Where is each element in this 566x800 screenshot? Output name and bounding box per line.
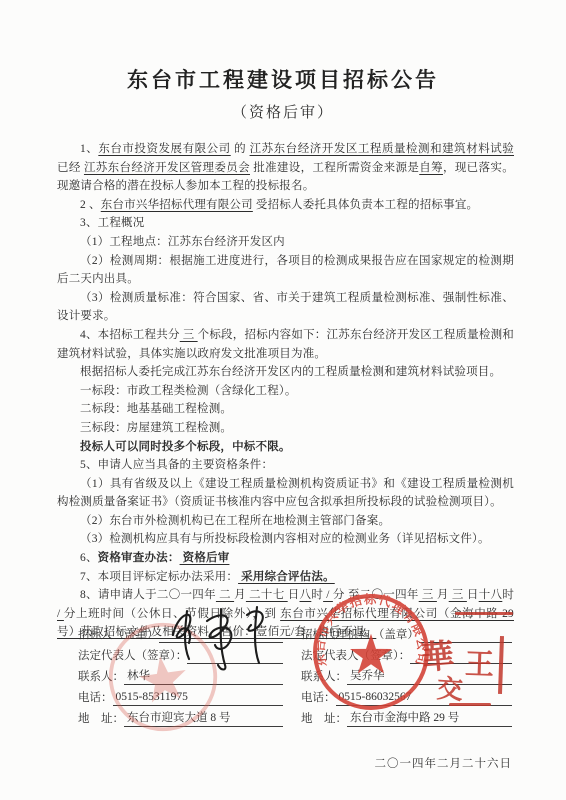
text-segment: 日: [288, 589, 300, 601]
text-segment: （3）检测质量标准：符合国家、省、市关于建筑工程质量检测标准、强制性标准、设计要…: [57, 292, 514, 323]
scanned-tender-announcement-page: 东台市工程建设项目招标公告 （资格后审） 1、东台市投资发展有限公司 的 江苏东…: [0, 0, 566, 800]
paragraph: 6、资格审查办法： 资格后审: [57, 549, 514, 568]
signature-row: 电话：0515-86032567: [301, 690, 512, 706]
text-segment: 分 至二〇一四年: [333, 589, 419, 601]
signature-row-label: 地 址：: [301, 712, 347, 727]
filled-blank: 八: [300, 589, 312, 601]
signature-row: 法定代表人（签章）：: [301, 648, 512, 664]
text-segment: 1、: [80, 143, 98, 155]
text-segment: 三标段：房屋建筑工程检测。: [80, 422, 232, 434]
signature-row-label: 法定代表人（签章）：: [301, 649, 410, 664]
document-date: 二〇一四年二月二十六日: [290, 755, 512, 771]
paragraph: 1、东台市投资发展有限公司 的 江苏东台经济开发区工程质量检测和建筑材料试验 已…: [57, 140, 514, 196]
text-segment: 资格审查办法：: [98, 552, 180, 564]
paragraph: （2）检测周期：根据施工进度进行，各项目的检测成果报告应在国家规定的检测期后二天…: [57, 252, 514, 289]
signature-row-label: 电话：: [301, 691, 336, 706]
text-segment: 时: [311, 589, 323, 601]
signature-row-value: [187, 648, 283, 664]
filled-blank: 东台市投资发展有限公司: [98, 143, 230, 155]
filled-blank: 江苏东台经济开发区管理委员会: [84, 162, 250, 174]
filled-blank: /: [57, 608, 64, 620]
page-subtitle: （资格后审）: [0, 101, 566, 122]
paragraph: （3）检测质量标准：符合国家、省、市关于建筑工程质量检测标准、强制性标准、设计要…: [57, 289, 514, 326]
text-segment: 投标人可以同时投多个标段，中标不限。: [80, 441, 291, 453]
signature-row-value: [410, 648, 512, 664]
text-segment: 月: [234, 589, 246, 601]
text-segment: （1）工程地点：江苏东台经济开发区内: [80, 236, 285, 248]
signature-row-value: 0515-86032567: [336, 690, 513, 706]
text-segment: 已经: [57, 162, 84, 174]
signature-row: 地 址：东台市金海中路 29 号: [301, 711, 512, 727]
signature-row-label: 地 址：: [78, 712, 124, 727]
paragraph: 三标段：房屋建筑工程检测。: [57, 419, 514, 438]
text-segment: 5、申请人应当具备的主要资格条件：: [80, 459, 273, 471]
page-title: 东台市工程建设项目招标公告: [0, 64, 566, 94]
filled-blank: 东台市兴华招标代理有限公司: [101, 199, 253, 211]
filled-blank: 采用综合评估法。: [238, 571, 335, 583]
filled-blank: 自筹: [419, 162, 443, 174]
signature-row-label: 法定代表人（签章）：: [78, 649, 187, 664]
paragraph: 3、工程概况: [57, 214, 514, 233]
signature-row-value: 东台市金海中路 29 号: [347, 711, 512, 727]
signature-row-label: 招标人（盖章）: [78, 628, 159, 643]
signature-row-value: 林华: [124, 669, 283, 685]
filled-blank: 三: [180, 329, 198, 341]
signature-row-label: 招标代理机构 （盖章）: [301, 628, 419, 643]
signature-row-value: 0515-85311975: [113, 690, 284, 706]
signature-section: 招标人（盖章）法定代表人（签章）：联系人：林华电话：0515-85311975地…: [78, 627, 512, 732]
paragraph: 5、申请人应当具备的主要资格条件：: [57, 456, 514, 475]
paragraph: 二标段：地基基础工程检测。: [57, 400, 514, 419]
document-body: 1、东台市投资发展有限公司 的 江苏东台经济开发区工程质量检测和建筑材料试验 已…: [57, 140, 514, 642]
paragraph: 一标段：市政工程类检测（含绿化工程）。: [57, 382, 514, 401]
text-segment: 根据招标人委托完成江苏东台经济开发区内的工程质量检测和建筑材料试验项目。: [80, 366, 501, 378]
filled-blank: 二: [216, 589, 234, 601]
filled-blank: /: [323, 589, 333, 601]
signature-row: 招标人（盖章）: [78, 627, 283, 643]
text-segment: 受招标人委托具体负责本工程的招标事宜。: [253, 199, 478, 211]
filled-blank: 资格后审: [180, 552, 230, 564]
text-segment: 月: [437, 589, 449, 601]
signature-row: 地 址：东台市迎宾大道 8 号: [78, 711, 283, 727]
text-segment: （2）东台市外检测机构已在工程所在地检测主管部门备案。: [80, 515, 390, 527]
signature-row: 法定代表人（签章）：: [78, 648, 283, 664]
signature-row-label: 电话：: [78, 691, 113, 706]
paragraph: 根据招标人委托完成江苏东台经济开发区内的工程质量检测和建筑材料试验项目。: [57, 363, 514, 382]
paragraph: 投标人可以同时投多个标段，中标不限。: [57, 438, 514, 457]
paragraph: （3）检测机构应具有与所投标段检测内容相对应的检测业务（详见招标文件）。: [57, 530, 514, 549]
text-segment: 6、: [80, 552, 98, 564]
filled-blank: 三: [449, 589, 467, 601]
title-block: 东台市工程建设项目招标公告 （资格后审）: [0, 64, 566, 122]
paragraph: （1）具有省级及以上《建设工程质量检测机构资质证书》和《建设工程质量检测机构检测…: [57, 475, 514, 512]
signature-row-value: 东台市迎宾大道 8 号: [124, 711, 283, 727]
text-segment: 批准建设，工程所需资金来源是: [250, 162, 419, 174]
paragraph: 2 、东台市兴华招标代理有限公司 受招标人委托具体负责本工程的招标事宜。: [57, 196, 514, 215]
signature-col-bidder: 招标人（盖章）法定代表人（签章）：联系人：林华电话：0515-85311975地…: [78, 627, 283, 732]
filled-blank: 三: [419, 589, 437, 601]
text-segment: 日: [467, 589, 479, 601]
text-segment: （3）检测机构应具有与所投标段检测内容相对应的检测业务（详见招标文件）。: [80, 533, 490, 545]
text-segment: 分上班时间（公休日、节假日除外），到: [64, 608, 280, 620]
signature-row-label: 联系人：: [78, 670, 124, 685]
text-segment: 3、工程概况: [80, 217, 144, 229]
signature-row-value: 吴乔华: [347, 669, 512, 685]
text-segment: 8、请申请人于二〇一四年: [80, 589, 216, 601]
signature-row-label: 联系人：: [301, 670, 347, 685]
text-segment: 的: [231, 143, 250, 155]
text-segment: 时: [502, 589, 514, 601]
text-segment: 一标段：市政工程类检测（含绿化工程）。: [80, 385, 297, 397]
paragraph: （1）工程地点：江苏东台经济开发区内: [57, 233, 514, 252]
signature-row-value: [159, 627, 284, 643]
signature-row: 电话：0515-85311975: [78, 690, 283, 706]
signature-row: 招标代理机构 （盖章）: [301, 627, 512, 643]
text-segment: 2 、: [80, 199, 101, 211]
filled-blank: 江苏东台经济开发区工程质量检测和建筑材料试验: [250, 143, 514, 155]
signature-row-value: [419, 627, 512, 643]
text-segment: （1）具有省级及以上《建设工程质量检测机构资质证书》和《建设工程质量检测机构检测…: [57, 478, 514, 509]
filled-blank: 十八: [479, 589, 503, 601]
text-segment: （2）检测周期：根据施工进度进行，各项目的检测成果报告应在国家规定的检测期后二天…: [57, 255, 514, 286]
filled-blank: 二十七: [246, 589, 288, 601]
text-segment: 7、本项目评标定标办法采用：: [80, 571, 238, 583]
signature-row: 联系人：吴乔华: [301, 669, 512, 685]
paragraph: （2）东台市外检测机构已在工程所在地检测主管部门备案。: [57, 512, 514, 531]
text-segment: 二标段：地基基础工程检测。: [80, 403, 232, 415]
signature-col-agency: 招标代理机构 （盖章）法定代表人（签章）：联系人：吴乔华电话：0515-8603…: [301, 627, 512, 732]
paragraph: 4、本招标工程共分 三 个标段，招标内容如下：江苏东台经济开发区工程质量检测和建…: [57, 326, 514, 363]
signature-row: 联系人：林华: [78, 669, 283, 685]
text-segment: 4、本招标工程共分: [80, 329, 180, 341]
paragraph: 7、本项目评标定标办法采用： 采用综合评估法。: [57, 568, 514, 587]
